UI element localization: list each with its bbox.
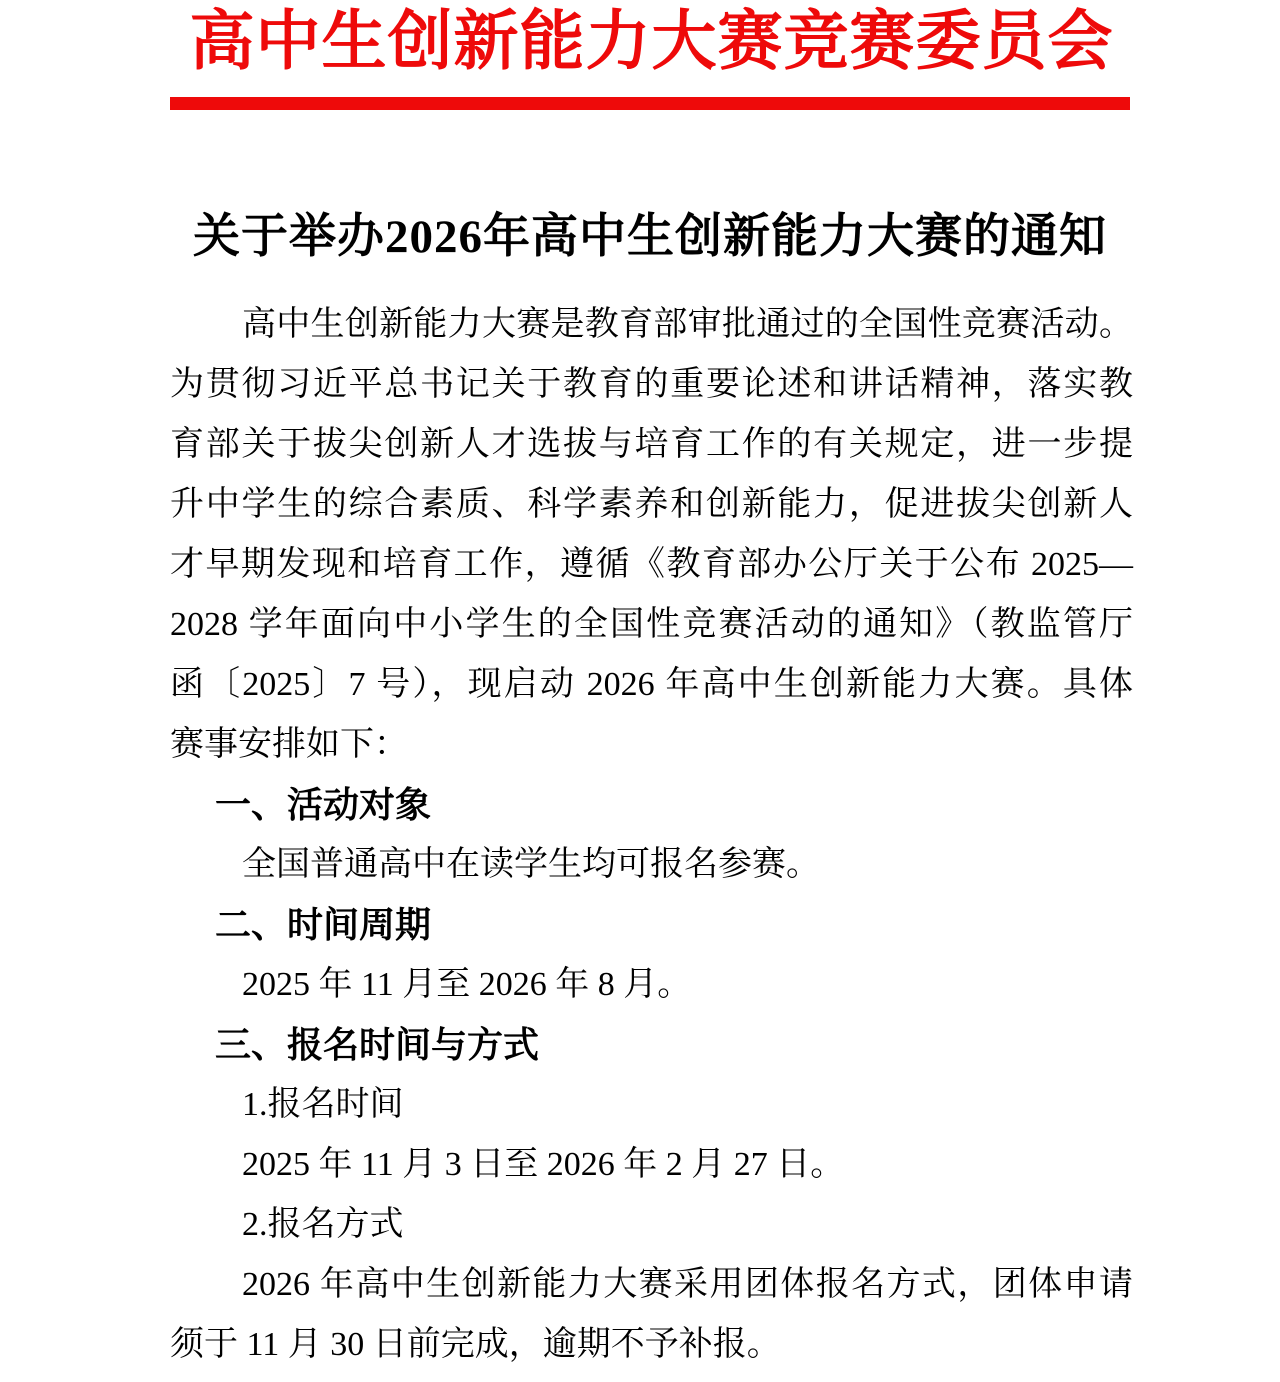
body-line: 为贯彻习近平总书记关于教育的重要论述和讲话精神，落实教	[170, 355, 1133, 415]
section-heading: 二、时间周期	[170, 895, 1133, 955]
body-line: 全国普通高中在读学生均可报名参赛。	[170, 835, 1133, 895]
body-line: 才早期发现和培育工作，遵循《教育部办公厅关于公布 2025—	[170, 535, 1133, 595]
document-title: 关于举办2026年高中生创新能力大赛的通知	[140, 207, 1160, 267]
notice-page: 高中生创新能力大赛竞赛委员会 关于举办2026年高中生创新能力大赛的通知 高中生…	[0, 0, 1280, 1382]
section-heading: 三、报名时间与方式	[170, 1015, 1133, 1075]
body-line: 赛事安排如下：	[170, 715, 1133, 775]
document-body: 高中生创新能力大赛是教育部审批通过的全国性竞赛活动。为贯彻习近平总书记关于教育的…	[170, 295, 1133, 1375]
body-line: 函〔2025〕7 号），现启动 2026 年高中生创新能力大赛。具体	[170, 655, 1133, 715]
committee-header-title: 高中生创新能力大赛竞赛委员会	[170, 0, 1133, 84]
section-heading: 一、活动对象	[170, 775, 1133, 835]
body-line: 2025 年 11 月至 2026 年 8 月。	[170, 955, 1133, 1015]
body-line: 2025 年 11 月 3 日至 2026 年 2 月 27 日。	[170, 1135, 1133, 1195]
body-line: 育部关于拔尖创新人才选拔与培育工作的有关规定，进一步提	[170, 415, 1133, 475]
header-divider-rule	[170, 97, 1130, 110]
body-line: 须于 11 月 30 日前完成，逾期不予补报。	[170, 1315, 1133, 1375]
body-line: 2.报名方式	[170, 1195, 1133, 1255]
body-line: 2028 学年面向中小学生的全国性竞赛活动的通知》（教监管厅	[170, 595, 1133, 655]
body-line: 2026 年高中生创新能力大赛采用团体报名方式，团体申请	[170, 1255, 1133, 1315]
body-line: 1.报名时间	[170, 1075, 1133, 1135]
body-line: 升中学生的综合素质、科学素养和创新能力，促进拔尖创新人	[170, 475, 1133, 535]
body-line: 高中生创新能力大赛是教育部审批通过的全国性竞赛活动。	[170, 295, 1133, 355]
